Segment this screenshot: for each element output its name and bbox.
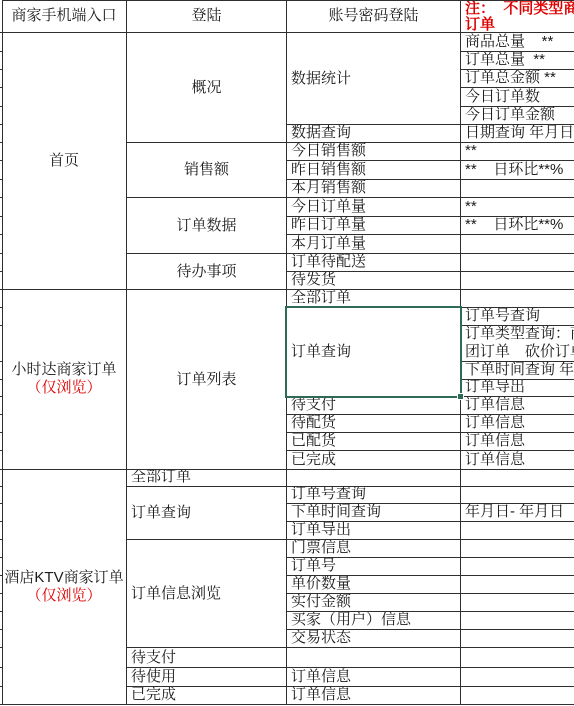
- node-order-list[interactable]: 订单列表: [127, 290, 287, 470]
- nav-hotel-ktv-merchant-orders[interactable]: 酒店KTV商家订单（仅浏览）: [2, 470, 127, 705]
- gridline-tick: [0, 142, 3, 143]
- cell-empty[interactable]: [287, 648, 461, 668]
- gridline-tick: [0, 629, 3, 630]
- gridline-tick: [0, 361, 3, 362]
- ktv-order-info[interactable]: 订单信息: [287, 687, 461, 705]
- ktv-order-query[interactable]: 订单查询: [127, 487, 287, 540]
- ktv-order-number-query[interactable]: 订单号查询: [287, 487, 461, 504]
- gridline-tick: [0, 325, 3, 326]
- nav-home[interactable]: 首页: [2, 33, 127, 290]
- hourly-order-info[interactable]: 订单信息: [461, 415, 574, 433]
- cell-empty[interactable]: [461, 630, 574, 648]
- row-pending-shipment[interactable]: 待发货: [287, 272, 461, 290]
- gridline-tick: [0, 414, 3, 415]
- row-month-order-volume[interactable]: 本月订单量: [287, 235, 461, 254]
- nav-hotel-ktv-merchant-orders-line-1: 酒店KTV商家订单: [4, 569, 123, 587]
- node-data-query[interactable]: 数据查询: [287, 125, 461, 143]
- cell-empty[interactable]: [461, 594, 574, 612]
- hourly-pending-payment[interactable]: 待支付: [287, 397, 461, 415]
- cell-empty[interactable]: [461, 558, 574, 576]
- gridline-tick: [0, 611, 3, 612]
- ktv-order-time-query[interactable]: 下单时间查询: [287, 504, 461, 522]
- hourly-order-time-query[interactable]: 下单时间查询 年月日: [461, 362, 574, 380]
- gridline-tick: [0, 450, 3, 451]
- gridline-tick: [0, 87, 3, 88]
- grid-top-border: [2, 0, 574, 1]
- cell-empty[interactable]: [461, 540, 574, 558]
- nav-hourly-merchant-orders-line-1: 小时达商家订单: [11, 361, 116, 379]
- cell-empty[interactable]: [461, 687, 574, 705]
- ktv-transaction-status[interactable]: 交易状态: [287, 630, 461, 648]
- row-yesterday-sales[interactable]: 昨日销售额: [287, 161, 461, 180]
- ktv-order-info-browse[interactable]: 订单信息浏览: [127, 540, 287, 648]
- gridline-tick: [0, 379, 3, 380]
- node-order-data[interactable]: 订单数据: [127, 198, 287, 254]
- header-account-password-login[interactable]: 账号密码登陆: [287, 0, 461, 33]
- gridline-tick: [0, 197, 3, 198]
- stat-date-query[interactable]: 日期查询 年月日-: [461, 125, 574, 143]
- stat-total-order-amount[interactable]: 订单总金额 **: [461, 70, 574, 88]
- cell-empty[interactable]: [461, 648, 574, 668]
- row-yesterday-order-volume[interactable]: 昨日订单量: [287, 217, 461, 235]
- hourly-order-info[interactable]: 订单信息: [461, 433, 574, 451]
- hourly-completed[interactable]: 已完成: [287, 451, 461, 470]
- gridline-tick: [0, 432, 3, 433]
- gridline-tick: [0, 521, 3, 522]
- gridline-tick: [0, 593, 3, 594]
- ktv-order-number[interactable]: 订单号: [287, 558, 461, 576]
- ktv-unit-price-quantity[interactable]: 单价数量: [287, 576, 461, 594]
- ktv-order-info[interactable]: 订单信息: [287, 668, 461, 687]
- gridline-tick: [0, 307, 3, 308]
- ktv-pending-use[interactable]: 待使用: [127, 668, 287, 687]
- cell-empty[interactable]: [461, 180, 574, 198]
- header-note[interactable]: 注： 不同类型商家订单: [461, 0, 574, 33]
- cell-empty[interactable]: [461, 272, 574, 290]
- header-note-line-2: 订单: [465, 17, 495, 33]
- gridline-tick: [0, 216, 3, 217]
- node-todo-items[interactable]: 待办事项: [127, 254, 287, 290]
- hourly-order-export[interactable]: 订单导出: [461, 380, 574, 397]
- node-sales[interactable]: 销售额: [127, 143, 287, 198]
- hourly-all-orders[interactable]: 全部订单: [287, 290, 461, 308]
- gridline-tick: [0, 575, 3, 576]
- hourly-order-type-query-line-2: 团订单 砍价订单: [465, 343, 574, 361]
- gridline-tick: [0, 289, 3, 290]
- gridline-tick: [0, 647, 3, 648]
- cell-empty[interactable]: [461, 254, 574, 272]
- nav-hourly-merchant-orders-line-2: （仅浏览）: [26, 379, 101, 397]
- val-today-sales[interactable]: **: [461, 143, 574, 161]
- ktv-pending-payment[interactable]: 待支付: [127, 648, 287, 668]
- nav-hourly-merchant-orders[interactable]: 小时达商家订单（仅浏览）: [2, 290, 127, 470]
- hourly-order-query[interactable]: 订单查询: [287, 308, 461, 397]
- hourly-order-info[interactable]: 订单信息: [461, 451, 574, 470]
- cell-empty[interactable]: [461, 470, 574, 487]
- gridline-tick: [0, 253, 3, 254]
- gridline-tick: [0, 557, 3, 558]
- stat-today-order-amount[interactable]: 今日订单金额: [461, 107, 574, 125]
- ktv-buyer-info[interactable]: 买家（用户）信息: [287, 612, 461, 630]
- gridline-tick: [0, 234, 3, 235]
- header-note-line-1: 注： 不同类型商家: [465, 1, 574, 17]
- hourly-order-type-query-line-1: 订单类型查询：商品: [465, 326, 574, 343]
- hourly-order-type-query[interactable]: 订单类型查询：商品团订单 砍价订单: [461, 326, 574, 362]
- ktv-ticket-info[interactable]: 门票信息: [287, 540, 461, 558]
- val-yesterday-orders[interactable]: ** 日环比**%: [461, 217, 574, 235]
- gridline-tick: [0, 704, 3, 705]
- stat-total-orders[interactable]: 订单总量 **: [461, 52, 574, 70]
- gridline-tick: [0, 51, 3, 52]
- stat-total-products[interactable]: 商品总量 **: [461, 33, 574, 52]
- row-orders-pending-delivery[interactable]: 订单待配送: [287, 254, 461, 272]
- gridline-tick: [0, 124, 3, 125]
- gridline-tick: [0, 69, 3, 70]
- hourly-pending-allocation[interactable]: 待配货: [287, 415, 461, 433]
- gridline-tick: [0, 686, 3, 687]
- gridline-tick: [0, 396, 3, 397]
- cell-empty[interactable]: [461, 612, 574, 630]
- cell-empty[interactable]: [461, 668, 574, 687]
- row-today-order-volume[interactable]: 今日订单量: [287, 198, 461, 217]
- gridline-tick: [0, 503, 3, 504]
- row-month-sales[interactable]: 本月销售额: [287, 180, 461, 198]
- ktv-all-orders[interactable]: 全部订单: [127, 470, 287, 487]
- cell-empty[interactable]: [461, 487, 574, 504]
- gridline-tick: [0, 539, 3, 540]
- val-yesterday-sales[interactable]: ** 日环比**%: [461, 161, 574, 180]
- hourly-order-info[interactable]: 订单信息: [461, 397, 574, 415]
- hourly-order-number-query[interactable]: 订单号查询: [461, 308, 574, 326]
- cell-empty[interactable]: [461, 576, 574, 594]
- val-today-orders[interactable]: **: [461, 198, 574, 217]
- nav-hotel-ktv-merchant-orders-line-2: （仅浏览）: [26, 587, 101, 605]
- stat-today-order-count[interactable]: 今日订单数: [461, 88, 574, 107]
- fill-handle[interactable]: [457, 393, 464, 400]
- cell-empty[interactable]: [461, 290, 574, 308]
- header-login[interactable]: 登陆: [127, 0, 287, 33]
- ktv-date-range[interactable]: 年月日- 年月日: [461, 504, 574, 522]
- cell-empty[interactable]: [287, 470, 461, 487]
- gridline-tick: [0, 160, 3, 161]
- ktv-paid-amount[interactable]: 实付金额: [287, 594, 461, 612]
- gridline-tick: [0, 179, 3, 180]
- gridline-tick: [0, 667, 3, 668]
- hourly-allocated[interactable]: 已配货: [287, 433, 461, 451]
- gridline-tick: [0, 486, 3, 487]
- row-today-sales[interactable]: 今日销售额: [287, 143, 461, 161]
- ktv-completed[interactable]: 已完成: [127, 687, 287, 705]
- cell-empty[interactable]: [461, 235, 574, 254]
- node-overview[interactable]: 概况: [127, 33, 287, 143]
- gridline-tick: [0, 469, 3, 470]
- gridline-tick: [0, 32, 3, 33]
- gridline-tick: [0, 106, 3, 107]
- header-merchant-mobile-entry[interactable]: 商家手机端入口: [2, 0, 127, 33]
- cell-empty[interactable]: [461, 522, 574, 540]
- ktv-order-export[interactable]: 订单导出: [287, 522, 461, 540]
- gridline-tick: [0, 271, 3, 272]
- spreadsheet-grid: 商家手机端入口登陆账号密码登陆注： 不同类型商家订单首页小时达商家订单（仅浏览）…: [0, 0, 574, 706]
- node-data-statistics[interactable]: 数据统计: [287, 33, 461, 125]
